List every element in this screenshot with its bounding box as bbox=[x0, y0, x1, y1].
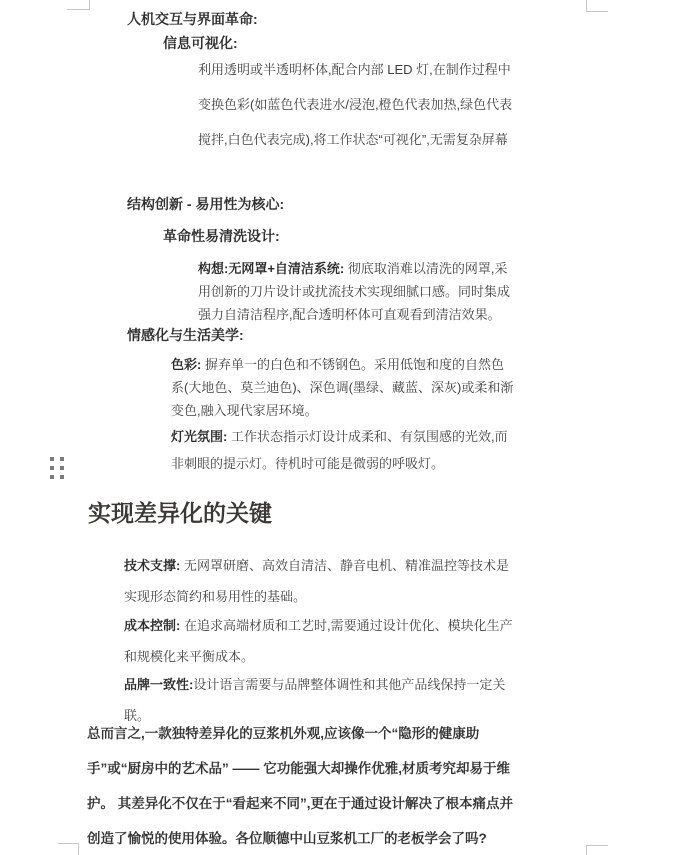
margin-crop-mark-bottom-left-v bbox=[78, 843, 79, 855]
brand-lead-label: 品牌一致性: bbox=[124, 677, 193, 692]
margin-crop-mark-top-left-h bbox=[67, 9, 90, 10]
cost-lead-label: 成本控制: bbox=[124, 618, 180, 633]
margin-crop-mark-bottom-right-v bbox=[586, 845, 587, 855]
paragraph-visualization: 利用透明或半透明杯体,配合内部 LED 灯,在制作过程中变换色彩(如蓝色代表进水… bbox=[198, 52, 520, 157]
subheading-visualization: 信息可视化: bbox=[163, 33, 238, 53]
drag-handle-dot bbox=[50, 466, 54, 470]
paragraph-tech: 技术支撑: 无网罩研磨、高效自清洁、静音电机、精准温控等技术是实现形态简约和易用… bbox=[124, 550, 519, 612]
paragraph-color: 色彩: 摒弃单一的白色和不锈钢色。采用低饱和度的自然色系(大地色、莫兰迪色)、深… bbox=[171, 353, 516, 422]
color-body-text: 摒弃单一的白色和不锈钢色。采用低饱和度的自然色系(大地色、莫兰迪色)、深色调(墨… bbox=[171, 357, 513, 418]
margin-crop-mark-top-left-v bbox=[89, 0, 90, 9]
washable-lead-label: 构想:无网罩+自清洁系统: bbox=[198, 261, 344, 276]
drag-handle-dot bbox=[60, 466, 64, 470]
paragraph-light: 灯光氛围: 工作状态指示灯设计成柔和、有氛围感的光效,而非刺眼的提示灯。待机时可… bbox=[171, 423, 516, 477]
heading-emotion: 情感化与生活美学: bbox=[127, 325, 244, 345]
drag-handle-dot bbox=[50, 457, 54, 461]
color-lead-label: 色彩: bbox=[171, 357, 201, 372]
cost-body-text: 在追求高端材质和工艺时,需要通过设计优化、模块化生产和规模化来平衡成本。 bbox=[124, 618, 513, 664]
heading-interaction: 人机交互与界面革命: bbox=[127, 9, 258, 29]
drag-handle-dot bbox=[60, 475, 64, 479]
paragraph-washable: 构想:无网罩+自清洁系统: 彻底取消难以清洗的网罩,采用创新的刀片设计或扰流技术… bbox=[198, 257, 520, 326]
tech-lead-label: 技术支撑: bbox=[124, 558, 180, 573]
paragraph-cost: 成本控制: 在追求高端材质和工艺时,需要通过设计优化、模块化生产和规模化来平衡成… bbox=[124, 610, 519, 672]
section-title-key: 实现差异化的关键 bbox=[88, 499, 272, 529]
tech-body-text: 无网罩研磨、高效自清洁、静音电机、精准温控等技术是实现形态简约和易用性的基础。 bbox=[124, 558, 509, 604]
margin-crop-mark-bottom-left-h bbox=[58, 843, 79, 844]
drag-handle-icon[interactable] bbox=[50, 457, 64, 479]
light-lead-label: 灯光氛围: bbox=[171, 429, 227, 444]
drag-handle-dot bbox=[50, 475, 54, 479]
margin-crop-mark-bottom-right-h bbox=[586, 845, 608, 846]
margin-crop-mark-top-right-v bbox=[586, 0, 587, 11]
document-page: 人机交互与界面革命: 信息可视化: 利用透明或半透明杯体,配合内部 LED 灯,… bbox=[0, 0, 694, 855]
margin-crop-mark-top-right-h bbox=[586, 11, 608, 12]
heading-structure: 结构创新 - 易用性为核心: bbox=[127, 194, 284, 214]
drag-handle-dot bbox=[60, 457, 64, 461]
subheading-washable-design: 革命性易清洗设计: bbox=[163, 226, 280, 246]
paragraph-conclusion: 总而言之,一款独特差异化的豆浆机外观,应该像一个“隐形的健康助手”或“厨房中的艺… bbox=[87, 716, 523, 855]
